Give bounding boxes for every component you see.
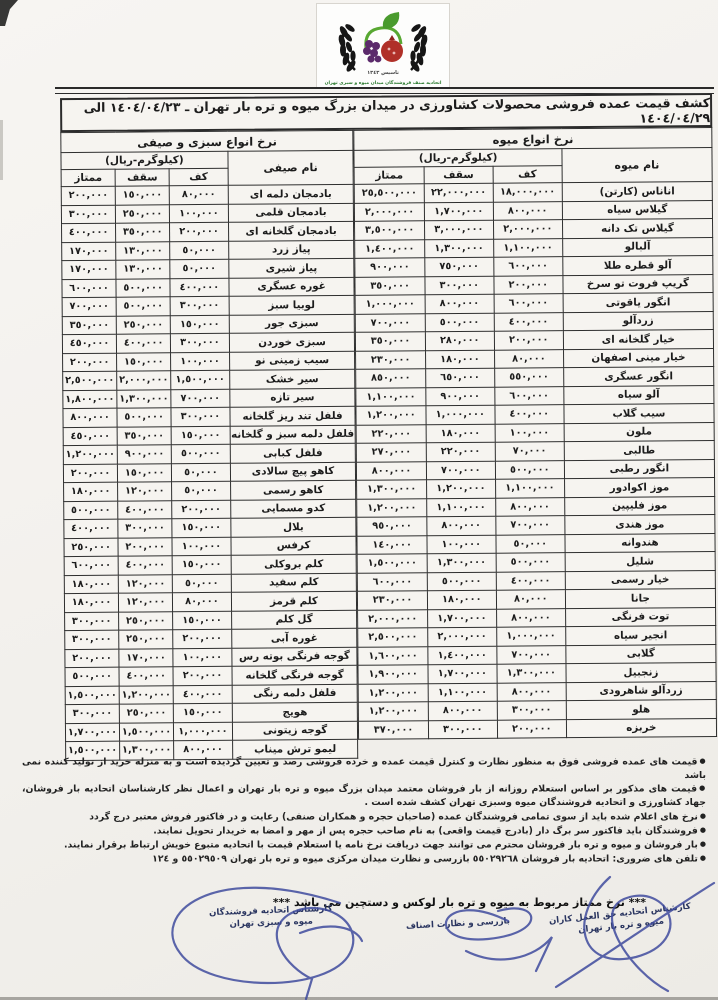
fruit-saqf-cell: ١٨٠,٠٠٠ bbox=[427, 590, 496, 609]
fruit-saqf-cell: ١,٧٠٠,٠٠٠ bbox=[424, 202, 493, 221]
vegetable-saqf-cell: ٤٠٠,٠٠٠ bbox=[118, 556, 172, 575]
fruit-name-cell: آلو قطره طلا bbox=[563, 255, 713, 275]
vegetable-kaf-cell: ٣٠٠,٠٠٠ bbox=[171, 407, 230, 426]
vegetable-name-cell: فلفل دلمه رنگی bbox=[232, 684, 358, 703]
vegetable-saqf-cell: ١,٢٠٠,٠٠٠ bbox=[119, 685, 173, 704]
footnote-text: نرخ های اعلام شده بايد از سوی تمامی فروش… bbox=[89, 811, 698, 822]
fruit-momtaz-cell: ١٤٠,٠٠٠ bbox=[357, 535, 427, 554]
fruit-saqf-cell: ١٨٠,٠٠٠ bbox=[425, 350, 494, 369]
fruit-saqf-cell: ١,٣٠٠,٠٠٠ bbox=[427, 553, 496, 572]
vegetable-saqf-cell: ١٣٠,٠٠٠ bbox=[116, 260, 170, 279]
fruit-kaf-cell: ١,٣٠٠,٠٠٠ bbox=[497, 664, 566, 683]
vegetable-kaf-cell: ٥٠,٠٠٠ bbox=[172, 481, 231, 500]
fruit-momtaz-cell: ٢٢٠,٠٠٠ bbox=[357, 424, 427, 443]
signature-left-icon bbox=[172, 888, 353, 999]
vegetable-row: هويج١٥٠,٠٠٠٢٥٠,٠٠٠٣٠٠,٠٠٠ bbox=[65, 702, 358, 723]
scan-artifact-corner bbox=[0, 0, 18, 26]
vegetable-momtaz-cell: ٧٠٠,٠٠٠ bbox=[62, 297, 116, 316]
vegetable-kaf-cell: ٢٠٠,٠٠٠ bbox=[173, 666, 232, 685]
vegetable-momtaz-cell: ٦٠٠,٠٠٠ bbox=[64, 556, 118, 575]
fruit-name-cell: گيلاس تک دانه bbox=[562, 219, 712, 239]
vegetable-row: غوره عسگری٤٠٠,٠٠٠٥٠٠,٠٠٠٦٠٠,٠٠٠ bbox=[62, 277, 355, 298]
vegetable-row: کلم بروکلی١٥٠,٠٠٠٤٠٠,٠٠٠٦٠٠,٠٠٠ bbox=[64, 554, 357, 575]
fruit-unit-header: (كيلوگرم-ريال) bbox=[354, 149, 562, 168]
vegetable-kaf-cell: ١٥٠,٠٠٠ bbox=[172, 555, 231, 574]
vegetable-saqf-cell: ٥٠٠,٠٠٠ bbox=[117, 408, 171, 427]
vegetable-name-cell: گوجه زيتونی bbox=[232, 721, 358, 740]
vegetable-kaf-cell: ٨٠,٠٠٠ bbox=[169, 185, 228, 204]
vegetable-name-cell: پياز زرد bbox=[228, 240, 354, 259]
fruit-momtaz-cell: ٢٣٠,٠٠٠ bbox=[356, 350, 426, 369]
vegetable-name-cell: فلفل کبابی bbox=[230, 443, 356, 462]
vegetable-name-cell: بادمجان گلخانه ای bbox=[228, 221, 354, 240]
established-text: تاسیس ١٣٤٣ bbox=[367, 70, 399, 76]
vegetable-saqf-cell: ١٥٠,٠٠٠ bbox=[115, 186, 169, 205]
vegetable-row: گوجه فرنگی بوته رس١٠٠,٠٠٠١٧٠,٠٠٠٢٠٠,٠٠٠ bbox=[65, 647, 358, 668]
fruit-momtaz-cell: ٩٥٠,٠٠٠ bbox=[357, 517, 427, 536]
fruit-momtaz-cell: ٢,٠٠٠,٠٠٠ bbox=[355, 202, 425, 221]
vegetable-kaf-cell: ٢٠٠,٠٠٠ bbox=[173, 629, 232, 648]
vegetable-kaf-cell: ٣٠٠,٠٠٠ bbox=[171, 333, 230, 352]
fruit-col-ceiling: سقف bbox=[424, 166, 493, 184]
vegetable-kaf-cell: ٥٠,٠٠٠ bbox=[170, 259, 229, 278]
fruit-name-cell: سيب گلاب bbox=[564, 403, 714, 423]
vegetable-momtaz-cell: ٦٠٠,٠٠٠ bbox=[62, 279, 116, 298]
fruit-saqf-cell: ٩٠٠,٠٠٠ bbox=[426, 387, 495, 406]
fruit-saqf-cell: ١,١٠٠,٠٠٠ bbox=[426, 498, 495, 517]
vegetable-momtaz-cell: ٢٥٠,٠٠٠ bbox=[64, 538, 118, 557]
price-table-area: كشف قيمت عمده فروشی محصولات كشاورزی در م… bbox=[60, 93, 717, 761]
footnote-text: فروشندگان بايد فاکتور سر برگ دار (بادرج … bbox=[153, 825, 698, 836]
fruit-row: خربزه٢٠٠,٠٠٠٣٠٠,٠٠٠٣٧٠,٠٠٠ bbox=[359, 718, 717, 739]
vegetable-kaf-cell: ١٠٠,٠٠٠ bbox=[170, 204, 229, 223]
fruit-name-cell: انگور ياقوتی bbox=[563, 292, 713, 312]
signature-middle-icon bbox=[446, 908, 552, 971]
fruit-kaf-cell: ٥٠٠,٠٠٠ bbox=[495, 460, 564, 479]
footnote-item: ●قيمت های مذکور بر اساس استعلام روزانه ا… bbox=[22, 782, 706, 809]
vegetable-name-cell: هويج bbox=[232, 702, 358, 721]
fruit-kaf-cell: ٦٠٠,٠٠٠ bbox=[494, 294, 563, 313]
fruit-name-cell: هلو bbox=[566, 699, 716, 719]
vegetable-name-cell: سيب زمينی نو bbox=[229, 351, 355, 370]
fruit-saqf-cell: ٣,٠٠٠,٠٠٠ bbox=[424, 220, 493, 239]
vegetable-saqf-cell: ١٧٠,٠٠٠ bbox=[119, 648, 173, 667]
fruit-name-cell: گريپ فروت تو سرخ bbox=[563, 274, 713, 294]
vegetable-row: گوجه فرنگی گلخانه٢٠٠,٠٠٠٤٠٠,٠٠٠٥٠٠,٠٠٠ bbox=[65, 665, 358, 686]
fruit-name-cell: جانا bbox=[565, 588, 715, 608]
vegetable-kaf-cell: ٥٠,٠٠٠ bbox=[170, 241, 229, 260]
fruit-table: نرخ انواع ميوه نام ميوه (كيلوگرم-ريال) ك… bbox=[354, 127, 717, 740]
fruit-name-header: نام ميوه bbox=[562, 148, 712, 183]
fruit-momtaz-cell: ٣٥٠,٠٠٠ bbox=[355, 276, 425, 295]
bullet-icon: ● bbox=[700, 854, 706, 862]
vegetable-row: گل کلم١٥٠,٠٠٠٢٥٠,٠٠٠٣٠٠,٠٠٠ bbox=[65, 610, 358, 631]
fruit-momtaz-cell: ٢,٥٠٠,٠٠٠ bbox=[358, 628, 428, 647]
vegetable-name-cell: بادمجان قلمی bbox=[228, 203, 354, 222]
vegetable-momtaz-cell: ١٨٠,٠٠٠ bbox=[64, 575, 118, 594]
fruit-kaf-cell: ٨٠,٠٠٠ bbox=[494, 349, 563, 368]
vegetable-saqf-cell: ٥٠٠,٠٠٠ bbox=[116, 297, 170, 316]
vegetable-name-cell: سبزی جور bbox=[229, 314, 355, 333]
vegetable-row: سبزی جور١٥٠,٠٠٠٢٥٠,٠٠٠٣٥٠,٠٠٠ bbox=[62, 314, 355, 335]
fruit-saqf-cell: ٥٠٠,٠٠٠ bbox=[427, 572, 496, 591]
footnote-text: تلفن های ضروری: اتحاديه بار فروشان ٥٥٠٢٩… bbox=[152, 853, 698, 864]
vegetable-saqf-cell: ٣٥٠,٠٠٠ bbox=[117, 426, 171, 445]
fruit-name-cell: طالبی bbox=[564, 440, 714, 460]
vegetable-momtaz-cell: ٥٠٠,٠٠٠ bbox=[65, 667, 119, 686]
fruit-kaf-cell: ٤٠٠,٠٠٠ bbox=[496, 571, 565, 590]
vegetable-momtaz-cell: ٤٠٠,٠٠٠ bbox=[64, 519, 118, 538]
vegetable-kaf-cell: ١,٠٠٠,٠٠٠ bbox=[174, 722, 233, 741]
vegetable-momtaz-cell: ٣٠٠,٠٠٠ bbox=[61, 205, 115, 224]
vegetable-momtaz-cell: ١٨٠,٠٠٠ bbox=[64, 482, 118, 501]
fruit-momtaz-cell: ١,٠٠٠,٠٠٠ bbox=[355, 295, 425, 314]
fruit-kaf-cell: ٨٠٠,٠٠٠ bbox=[496, 608, 565, 627]
fruit-saqf-cell: ٦٥٠,٠٠٠ bbox=[425, 368, 494, 387]
fruit-momtaz-cell: ١,٣٠٠,٠٠٠ bbox=[357, 480, 427, 499]
fruit-name-cell: انگور رطبی bbox=[564, 459, 714, 479]
fruit-saqf-cell: ٨٠٠,٠٠٠ bbox=[425, 294, 494, 313]
vegetable-saqf-cell: ٢٥٠,٠٠٠ bbox=[119, 630, 173, 649]
vegetable-momtaz-cell: ١٨٠,٠٠٠ bbox=[64, 593, 118, 612]
fruit-momtaz-cell: ٢٥,٥٠٠,٠٠٠ bbox=[355, 184, 425, 203]
vegetable-row: کلم قرمز٨٠,٠٠٠١٢٠,٠٠٠١٨٠,٠٠٠ bbox=[64, 591, 357, 612]
vegetable-kaf-cell: ٥٠,٠٠٠ bbox=[172, 463, 231, 482]
vegetable-name-cell: کلم بروکلی bbox=[231, 554, 357, 573]
vegetable-momtaz-cell: ٣٠٠,٠٠٠ bbox=[65, 630, 119, 649]
fruit-kaf-cell: ٧٠٠,٠٠٠ bbox=[496, 516, 565, 535]
fruit-kaf-cell: ٨٠٠,٠٠٠ bbox=[493, 201, 562, 220]
vegetable-name-cell: لوبيا سبز bbox=[229, 295, 355, 314]
bullet-icon: ● bbox=[700, 826, 706, 834]
vegetable-kaf-cell: ٣٠٠,٠٠٠ bbox=[170, 296, 229, 315]
footnotes: ●قيمت های عمده فروشی فوق به منظور نظارت … bbox=[22, 755, 706, 866]
footnote-item: ●نرخ های اعلام شده بايد از سوی تمامی فرو… bbox=[22, 810, 706, 824]
fruit-saqf-cell: ٨٠٠,٠٠٠ bbox=[427, 516, 496, 535]
fruit-momtaz-cell: ٦٠٠,٠٠٠ bbox=[358, 572, 428, 591]
fruit-momtaz-cell: ١,١٠٠,٠٠٠ bbox=[356, 387, 426, 406]
fruit-name-cell: ملون bbox=[564, 422, 714, 442]
bullet-icon: ● bbox=[700, 757, 707, 765]
vegetable-kaf-cell: ٤٠٠,٠٠٠ bbox=[173, 685, 232, 704]
fruit-momtaz-cell: ١,٦٠٠,٠٠٠ bbox=[358, 646, 428, 665]
vegetable-momtaz-cell: ٢٠٠,٠٠٠ bbox=[63, 353, 117, 372]
bullet-icon: ● bbox=[700, 812, 706, 820]
fruit-kaf-cell: ١,١٠٠,٠٠٠ bbox=[495, 479, 564, 498]
fruit-name-cell: خيار گلخانه ای bbox=[563, 329, 713, 349]
fruit-kaf-cell: ٢,٠٠٠,٠٠٠ bbox=[493, 220, 562, 239]
fruit-saqf-cell: ٣٠٠,٠٠٠ bbox=[425, 276, 494, 295]
vegetable-row: فلفل کبابی٥٠٠,٠٠٠٩٠٠,٠٠٠١,٢٠٠,٠٠٠ bbox=[63, 443, 356, 464]
signatures-ink bbox=[0, 875, 718, 1000]
vegetable-unit-header: (كيلوگرم-ريال) bbox=[61, 151, 228, 169]
vegetable-row: کرفس١٠٠,٠٠٠٢٠٠,٠٠٠٢٥٠,٠٠٠ bbox=[64, 536, 357, 557]
vegetable-row: پياز شيری٥٠,٠٠٠١٣٠,٠٠٠١٧٠,٠٠٠ bbox=[62, 258, 355, 279]
vegetable-row: فلفل دلمه رنگی٤٠٠,٠٠٠١,٢٠٠,٠٠٠١,٥٠٠,٠٠٠ bbox=[65, 684, 358, 705]
vegetable-row: بادمجان گلخانه ای٢٠٠,٠٠٠٣٥٠,٠٠٠٤٠٠,٠٠٠ bbox=[62, 221, 355, 242]
vegetable-momtaz-cell: ٢٠٠,٠٠٠ bbox=[63, 464, 117, 483]
fruit-saqf-cell: ٥٠٠,٠٠٠ bbox=[425, 313, 494, 332]
fruit-saqf-cell: ١,٧٠٠,٠٠٠ bbox=[427, 609, 496, 628]
fruit-name-cell: آلو سياه bbox=[564, 385, 714, 405]
fruit-saqf-cell: ٢,٠٠٠,٠٠٠ bbox=[427, 627, 496, 646]
vegetable-saqf-cell: ٢٥٠,٠٠٠ bbox=[115, 204, 169, 223]
laurel-left-icon bbox=[337, 23, 357, 73]
vegetable-saqf-cell: ٢٥٠,٠٠٠ bbox=[119, 611, 173, 630]
vegetable-momtaz-cell: ٣٥٠,٠٠٠ bbox=[62, 316, 116, 335]
bullet-icon: ● bbox=[700, 840, 706, 848]
fruit-name-cell: شليل bbox=[565, 551, 715, 571]
vegetable-kaf-cell: ١٠٠,٠٠٠ bbox=[172, 537, 231, 556]
fruit-col-floor: كف bbox=[493, 166, 562, 184]
vegetable-name-cell: بلال bbox=[230, 517, 356, 536]
fruit-kaf-cell: ٧٠,٠٠٠ bbox=[495, 442, 564, 461]
vegetable-row: بلال١٥٠,٠٠٠٣٠٠,٠٠٠٤٠٠,٠٠٠ bbox=[64, 517, 357, 538]
fruit-saqf-cell: ٧٥٠,٠٠٠ bbox=[425, 257, 494, 276]
vegetable-kaf-cell: ١٠٠,٠٠٠ bbox=[171, 352, 230, 371]
vegetable-momtaz-cell: ١,٧٠٠,٠٠٠ bbox=[65, 723, 119, 742]
vegetable-row: گوجه زيتونی١,٠٠٠,٠٠٠١,٥٠٠,٠٠٠١,٧٠٠,٠٠٠ bbox=[65, 721, 358, 742]
vegetable-section-title: نرخ انواع سبزی و صيفی bbox=[61, 130, 354, 152]
vegetable-saqf-cell: ٤٠٠,٠٠٠ bbox=[117, 334, 171, 353]
scan-artifact-smudge bbox=[0, 120, 3, 180]
vegetable-row: سير خشک١,٥٠٠,٠٠٠٢,٠٠٠,٠٠٠٢,٥٠٠,٠٠٠ bbox=[63, 369, 356, 390]
vegetable-momtaz-cell: ٢٠٠,٠٠٠ bbox=[61, 186, 115, 205]
vegetable-name-cell: کلم قرمز bbox=[231, 591, 357, 610]
vegetable-table: نرخ انواع سبزی و صيفی نام صيفی (كيلوگرم-… bbox=[60, 130, 358, 761]
fruit-name-cell: توت فرنگی bbox=[565, 607, 715, 627]
fruit-kaf-cell: ٥٠,٠٠٠ bbox=[496, 534, 565, 553]
fruit-momtaz-cell: ٩٠٠,٠٠٠ bbox=[355, 258, 425, 277]
vegetable-momtaz-cell: ١٧٠,٠٠٠ bbox=[62, 242, 116, 261]
vegetable-row: کاهو رسمی٥٠,٠٠٠١٢٠,٠٠٠١٨٠,٠٠٠ bbox=[64, 480, 357, 501]
vegetable-kaf-cell: ٢٠٠,٠٠٠ bbox=[170, 222, 229, 241]
fruit-name-cell: زردآلو شاهرودی bbox=[566, 681, 716, 701]
fruit-momtaz-cell: ١,٤٠٠,٠٠٠ bbox=[355, 239, 425, 258]
vegetable-kaf-cell: ٢٠٠,٠٠٠ bbox=[172, 500, 231, 519]
vegetable-name-cell: گوجه فرنگی بوته رس bbox=[232, 647, 358, 666]
fruit-section: نرخ انواع ميوه نام ميوه (كيلوگرم-ريال) ك… bbox=[354, 127, 717, 740]
vegetable-col-ceiling: سقف bbox=[115, 169, 169, 186]
vegetable-row: فلفل دلمه سبز و گلخانه١٥٠,٠٠٠٣٥٠,٠٠٠٤٥٠,… bbox=[63, 425, 356, 446]
fruit-saqf-cell: ١,٣٠٠,٠٠٠ bbox=[424, 239, 493, 258]
fruit-name-cell: هندوانه bbox=[565, 533, 715, 553]
fruit-momtaz-cell: ٣٧٠,٠٠٠ bbox=[359, 720, 429, 739]
vegetable-saqf-cell: ١٥٠,٠٠٠ bbox=[118, 463, 172, 482]
fruit-kaf-cell: ٦٠٠,٠٠٠ bbox=[494, 257, 563, 276]
fruit-name-cell: آلبالو bbox=[562, 237, 712, 257]
fruit-name-cell: انگور عسگری bbox=[563, 366, 713, 386]
fruit-momtaz-cell: ٣,٥٠٠,٠٠٠ bbox=[355, 221, 425, 240]
vegetable-saqf-cell: ٢٠٠,٠٠٠ bbox=[118, 537, 172, 556]
vegetable-momtaz-cell: ٢,٥٠٠,٠٠٠ bbox=[63, 371, 117, 390]
vegetable-name-cell: پياز شيری bbox=[228, 258, 354, 277]
vegetable-kaf-cell: ٥٠,٠٠٠ bbox=[172, 574, 231, 593]
vegetable-saqf-cell: ٤٠٠,٠٠٠ bbox=[118, 500, 172, 519]
vegetable-name-header: نام صيفی bbox=[228, 150, 354, 185]
vegetable-momtaz-cell: ٨٠٠,٠٠٠ bbox=[63, 408, 117, 427]
vegetable-momtaz-cell: ٤٥٠,٠٠٠ bbox=[62, 334, 116, 353]
vegetable-col-premium: ممتاز bbox=[61, 169, 115, 186]
vegetable-name-cell: کرفس bbox=[231, 536, 357, 555]
vegetable-name-cell: فلفل دلمه سبز و گلخانه bbox=[230, 425, 356, 444]
vegetable-saqf-cell: ٢٥٠,٠٠٠ bbox=[119, 704, 173, 723]
fruit-kaf-cell: ٥٠٠,٠٠٠ bbox=[496, 553, 565, 572]
vegetable-name-cell: گل کلم bbox=[231, 610, 357, 629]
fruit-momtaz-cell: ٢٧٠,٠٠٠ bbox=[357, 443, 427, 462]
fruit-momtaz-cell: ٣٥٠,٠٠٠ bbox=[356, 332, 426, 351]
vegetable-momtaz-cell: ١٧٠,٠٠٠ bbox=[62, 260, 116, 279]
vegetable-name-cell: سير تازه bbox=[229, 388, 355, 407]
vegetable-saqf-cell: ١٥٠,٠٠٠ bbox=[117, 352, 171, 371]
fruit-name-cell: زردآلو bbox=[563, 311, 713, 331]
vegetable-saqf-cell: ٢٥٠,٠٠٠ bbox=[116, 315, 170, 334]
vegetable-momtaz-cell: ١,٢٠٠,٠٠٠ bbox=[63, 445, 117, 464]
fruit-kaf-cell: ٨٠,٠٠٠ bbox=[496, 590, 565, 609]
vegetable-kaf-cell: ١,٥٠٠,٠٠٠ bbox=[171, 370, 230, 389]
vegetable-momtaz-cell: ٤٥٠,٠٠٠ bbox=[63, 427, 117, 446]
fruit-saqf-cell: ١,٧٠٠,٠٠٠ bbox=[428, 664, 497, 683]
vegetable-row: پياز زرد٥٠,٠٠٠١٣٠,٠٠٠١٧٠,٠٠٠ bbox=[62, 240, 355, 261]
fruit-kaf-cell: ١,٠٠٠,٠٠٠ bbox=[496, 627, 565, 646]
vegetable-name-cell: غوره عسگری bbox=[229, 277, 355, 296]
fruit-momtaz-cell: ١,٥٠٠,٠٠٠ bbox=[358, 554, 428, 573]
vegetable-row: لوبيا سبز٣٠٠,٠٠٠٥٠٠,٠٠٠٧٠٠,٠٠٠ bbox=[62, 295, 355, 316]
vegetable-saqf-cell: ٢,٠٠٠,٠٠٠ bbox=[117, 371, 171, 390]
vegetable-name-cell: سير خشک bbox=[229, 369, 355, 388]
fruit-kaf-cell: ٢٠٠,٠٠٠ bbox=[497, 719, 566, 738]
fruit-momtaz-cell: ١,٩٠٠,٠٠٠ bbox=[358, 665, 428, 684]
fruit-name-cell: موز هندی bbox=[565, 514, 715, 534]
vegetable-name-cell: بادمجان دلمه ای bbox=[228, 184, 354, 203]
fruit-momtaz-cell: ٢,٠٠٠,٠٠٠ bbox=[358, 609, 428, 628]
vegetable-kaf-cell: ٥٠٠,٠٠٠ bbox=[171, 444, 230, 463]
vegetable-momtaz-cell: ١,٥٠٠,٠٠٠ bbox=[65, 686, 119, 705]
fruit-saqf-cell: ١,٤٠٠,٠٠٠ bbox=[428, 646, 497, 665]
vegetable-name-cell: غوره آبی bbox=[231, 628, 357, 647]
bullet-icon: ● bbox=[699, 784, 706, 792]
fruit-kaf-cell: ٦٠٠,٠٠٠ bbox=[495, 386, 564, 405]
vegetable-kaf-cell: ٧٠٠,٠٠٠ bbox=[171, 389, 230, 408]
fruit-kaf-cell: ٣٠٠,٠٠٠ bbox=[497, 701, 566, 720]
vegetable-momtaz-cell: ٢٠٠,٠٠٠ bbox=[65, 649, 119, 668]
vegetable-row: کاهو پيچ سالادی٥٠,٠٠٠١٥٠,٠٠٠٢٠٠,٠٠٠ bbox=[63, 462, 356, 483]
vegetable-saqf-cell: ١٣٠,٠٠٠ bbox=[116, 241, 170, 260]
fruit-name-cell: انجير سياه bbox=[565, 625, 715, 645]
footnote-item: ●قيمت های عمده فروشی فوق به منظور نظارت … bbox=[22, 755, 706, 782]
fruit-col-premium: ممتاز bbox=[354, 167, 424, 185]
fruit-momtaz-cell: ١,٢٠٠,٠٠٠ bbox=[357, 498, 427, 517]
footnote-item: ●بار فروشان و ميوه و تره بار فروشان محتر… bbox=[22, 838, 706, 852]
fruit-kaf-cell: ١٠٠,٠٠٠ bbox=[495, 423, 564, 442]
vegetable-name-cell: فلفل تند ريز گلخانه bbox=[230, 406, 356, 425]
fruit-saqf-cell: ٧٠٠,٠٠٠ bbox=[426, 461, 495, 480]
fruit-kaf-cell: ١,١٠٠,٠٠٠ bbox=[493, 238, 562, 257]
fruit-kaf-cell: ٤٠٠,٠٠٠ bbox=[494, 312, 563, 331]
fruit-kaf-cell: ٢٠٠,٠٠٠ bbox=[494, 275, 563, 294]
fruit-kaf-cell: ١٨,٠٠٠,٠٠٠ bbox=[493, 183, 562, 202]
fruit-kaf-cell: ٨٠٠,٠٠٠ bbox=[495, 497, 564, 516]
union-emblem: تاسیس ١٣٤٣ اتحادیه صنف فروشندگان میدان م… bbox=[316, 3, 450, 89]
fruit-momtaz-cell: ١,٢٠٠,٠٠٠ bbox=[359, 702, 429, 721]
fruit-saqf-cell: ٢٢٠,٠٠٠ bbox=[426, 442, 495, 461]
fruit-saqf-cell: ١٨٠,٠٠٠ bbox=[426, 424, 495, 443]
fruit-saqf-cell: ٢٢,٠٠٠,٠٠٠ bbox=[424, 183, 493, 202]
fruit-saqf-cell: ٣٠٠,٠٠٠ bbox=[428, 720, 497, 739]
vegetable-kaf-cell: ١٥٠,٠٠٠ bbox=[170, 315, 229, 334]
fruit-kaf-cell: ٨٠٠,٠٠٠ bbox=[497, 682, 566, 701]
fruit-kaf-cell: ٢٠٠,٠٠٠ bbox=[494, 331, 563, 350]
scanned-price-sheet: تاسیس ١٣٤٣ اتحادیه صنف فروشندگان میدان م… bbox=[0, 0, 718, 1000]
vegetable-saqf-cell: ٤٠٠,٠٠٠ bbox=[119, 667, 173, 686]
union-name-text: اتحادیه صنف فروشندگان میدان میوه و سبزی … bbox=[325, 79, 442, 86]
vegetable-kaf-cell: ١٠٠,٠٠٠ bbox=[173, 648, 232, 667]
vegetable-col-floor: كف bbox=[169, 168, 228, 185]
vegetable-name-cell: کدو مسمايی bbox=[230, 499, 356, 518]
fruit-name-cell: خربزه bbox=[566, 718, 716, 738]
vegetable-momtaz-cell: ٣٠٠,٠٠٠ bbox=[65, 704, 119, 723]
fruit-saqf-cell: ١٠٠,٠٠٠ bbox=[427, 535, 496, 554]
footnote-text: بار فروشان و ميوه و تره بار فروشان محترم… bbox=[64, 839, 698, 850]
fruit-name-cell: خيار مينی اصفهان bbox=[563, 348, 713, 368]
vegetable-row: بادمجان دلمه ای٨٠,٠٠٠١٥٠,٠٠٠٢٠٠,٠٠٠ bbox=[61, 184, 354, 205]
signature-right-icon bbox=[556, 877, 714, 991]
grapes-icon bbox=[363, 40, 381, 63]
vegetable-kaf-cell: ٨٠,٠٠٠ bbox=[173, 592, 232, 611]
fruit-saqf-cell: ١,١٠٠,٠٠٠ bbox=[428, 683, 497, 702]
vegetable-kaf-cell: ١٥٠,٠٠٠ bbox=[171, 426, 230, 445]
fruit-saqf-cell: ٢٨٠,٠٠٠ bbox=[425, 331, 494, 350]
vegetable-name-cell: کلم سفيد bbox=[231, 573, 357, 592]
vegetable-row: سيب زمينی نو١٠٠,٠٠٠١٥٠,٠٠٠٢٠٠,٠٠٠ bbox=[63, 351, 356, 372]
fruit-name-cell: گلابی bbox=[566, 644, 716, 664]
fruit-section-title: نرخ انواع ميوه bbox=[354, 128, 712, 151]
fruit-saqf-cell: ١,٠٠٠,٠٠٠ bbox=[426, 405, 495, 424]
fruit-momtaz-cell: ٨٠٠,٠٠٠ bbox=[357, 461, 427, 480]
vegetable-kaf-cell: ١٥٠,٠٠٠ bbox=[172, 518, 231, 537]
fruit-kaf-cell: ٧٠٠,٠٠٠ bbox=[497, 645, 566, 664]
vegetable-saqf-cell: ٥٠٠,٠٠٠ bbox=[116, 278, 170, 297]
footnote-item: ●تلفن های ضروری: اتحاديه بار فروشان ٥٥٠٢… bbox=[22, 852, 706, 866]
vegetable-kaf-cell: ١٥٠,٠٠٠ bbox=[173, 703, 232, 722]
vegetable-row: بادمجان قلمی١٠٠,٠٠٠٢٥٠,٠٠٠٣٠٠,٠٠٠ bbox=[61, 203, 354, 224]
fruit-saqf-cell: ٨٠٠,٠٠٠ bbox=[428, 701, 497, 720]
vegetable-name-cell: کاهو رسمی bbox=[230, 480, 356, 499]
vegetable-saqf-cell: ١,٥٠٠,٠٠٠ bbox=[120, 722, 174, 741]
vegetable-saqf-cell: ٣٥٠,٠٠٠ bbox=[116, 223, 170, 242]
vegetable-kaf-cell: ١٥٠,٠٠٠ bbox=[173, 611, 232, 630]
fruit-momtaz-cell: ٢٣٠,٠٠٠ bbox=[358, 591, 428, 610]
fruit-name-cell: گيلاس سياه bbox=[562, 200, 712, 220]
vegetable-row: سير تازه٧٠٠,٠٠٠١,٣٠٠,٠٠٠١,٨٠٠,٠٠٠ bbox=[63, 388, 356, 409]
vegetable-saqf-cell: ١٢٠,٠٠٠ bbox=[118, 574, 172, 593]
vegetable-row: سبزی خوردن٣٠٠,٠٠٠٤٠٠,٠٠٠٤٥٠,٠٠٠ bbox=[62, 332, 355, 353]
vegetable-name-cell: گوجه فرنگی گلخانه bbox=[232, 665, 358, 684]
fruit-kaf-cell: ٤٠٠,٠٠٠ bbox=[495, 405, 564, 424]
fruit-name-cell: زنجبيل bbox=[566, 662, 716, 682]
fruit-momtaz-cell: ٧٠٠,٠٠٠ bbox=[356, 313, 426, 332]
fruit-name-cell: اناناس (كارتن) bbox=[562, 182, 712, 202]
fruit-name-cell: خيار رسمی bbox=[565, 570, 715, 590]
vegetable-row: غوره آبی٢٠٠,٠٠٠٢٥٠,٠٠٠٣٠٠,٠٠٠ bbox=[65, 628, 358, 649]
vegetable-momtaz-cell: ٥٠٠,٠٠٠ bbox=[64, 501, 118, 520]
fruit-name-cell: موز اکوادور bbox=[564, 477, 714, 497]
vegetable-saqf-cell: ١٢٠,٠٠٠ bbox=[119, 593, 173, 612]
vegetable-saqf-cell: ٣٠٠,٠٠٠ bbox=[118, 519, 172, 538]
fruit-name-cell: موز فليپين bbox=[564, 496, 714, 516]
vegetable-saqf-cell: ٩٠٠,٠٠٠ bbox=[117, 445, 171, 464]
laurel-right-icon bbox=[409, 23, 429, 73]
